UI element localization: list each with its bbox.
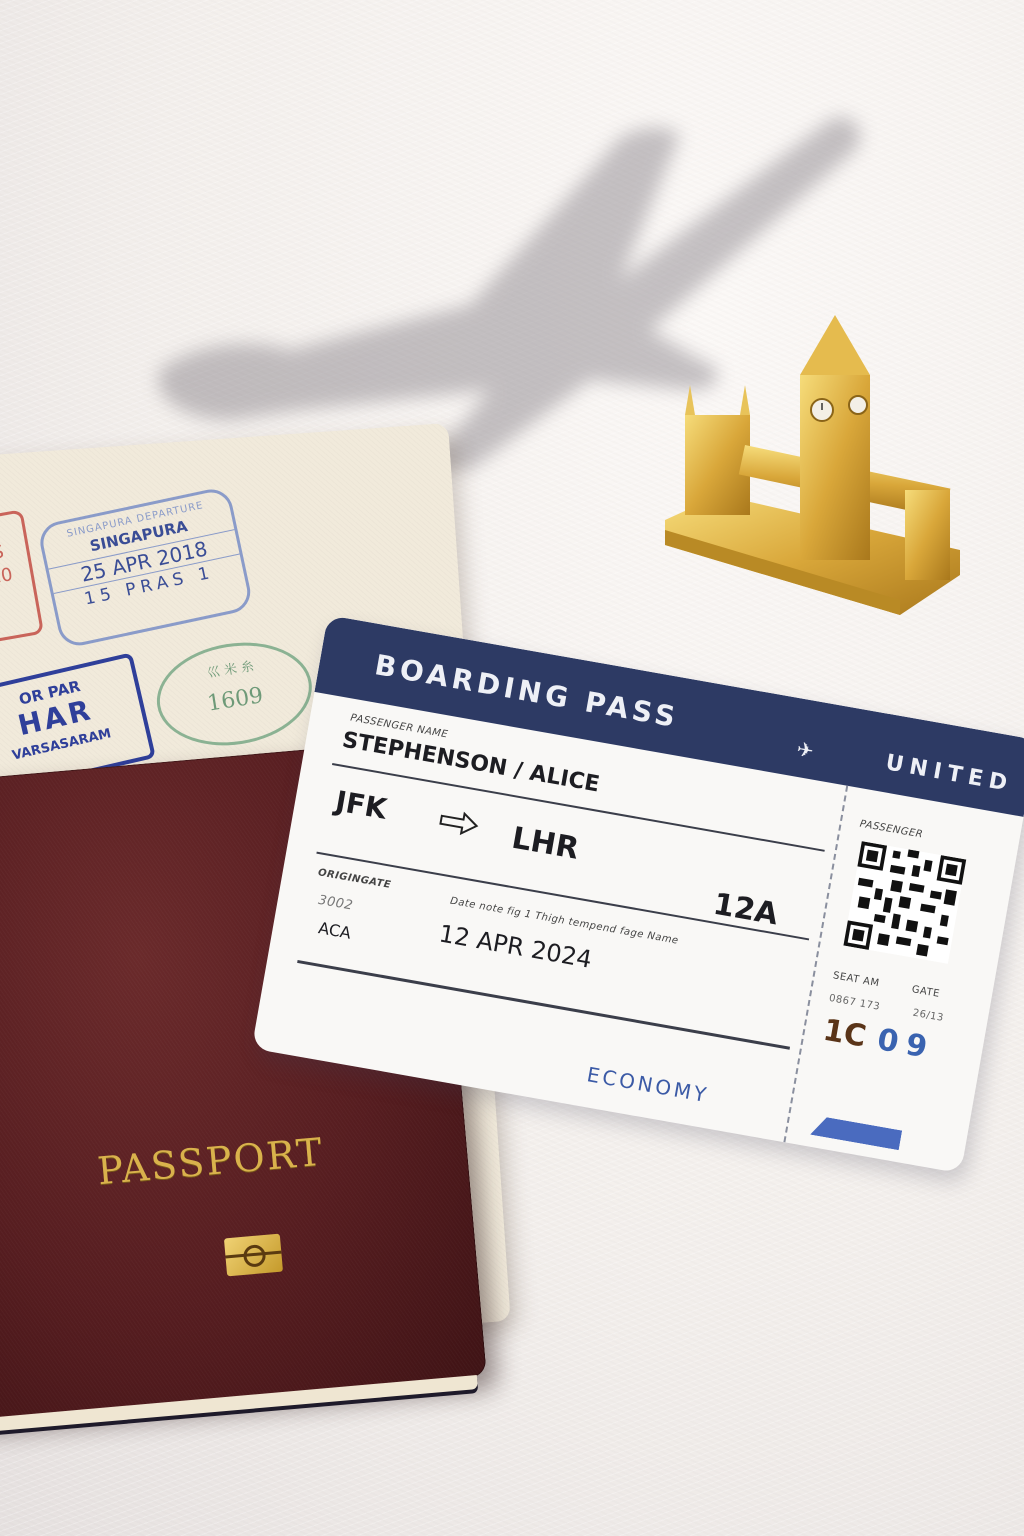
seat-number: 12A	[711, 887, 781, 933]
origin-airport: JFK	[333, 784, 389, 825]
destination-airport: LHR	[509, 821, 581, 867]
stub-gate-value: 09	[875, 1022, 938, 1066]
stamp-singapore: SINGAPURA DEPARTURE SINGAPURA 25 APR 201…	[36, 485, 254, 649]
divider	[297, 960, 790, 1049]
airline-logo-icon: ✈	[795, 737, 832, 765]
big-ben-figurine	[660, 305, 970, 635]
passport-title: PASSPORT	[96, 1130, 326, 1194]
origin-gate-value: 3002	[317, 893, 354, 914]
qr-code-icon	[839, 840, 972, 965]
stub-gate-label: GATE	[911, 984, 941, 1000]
stub-seat-value: 1C	[820, 1013, 868, 1055]
stamp-green: 巛 米 糸 1609	[149, 632, 319, 756]
origin-gate-label: ORIGINGATE	[317, 867, 392, 891]
arrow-right-icon	[437, 808, 481, 839]
airline-name: UNITED	[884, 750, 1015, 797]
stub-seat-code: 0867 173	[828, 993, 881, 1013]
class-stripe	[810, 1115, 902, 1150]
perforation-line	[783, 786, 848, 1143]
stub-seat-label: SEAT AM	[832, 970, 880, 989]
stamp-red: RR NS 110	[0, 509, 44, 646]
biometric-chip-icon	[224, 1234, 283, 1277]
stub-gate-code: 26/13	[912, 1008, 945, 1024]
stamp-red-line-3: 110	[0, 560, 32, 596]
stub-qr-label: PASSENGER	[859, 819, 924, 841]
origin-code: ACA	[317, 918, 353, 942]
travel-class: ECONOMY	[585, 1062, 711, 1107]
